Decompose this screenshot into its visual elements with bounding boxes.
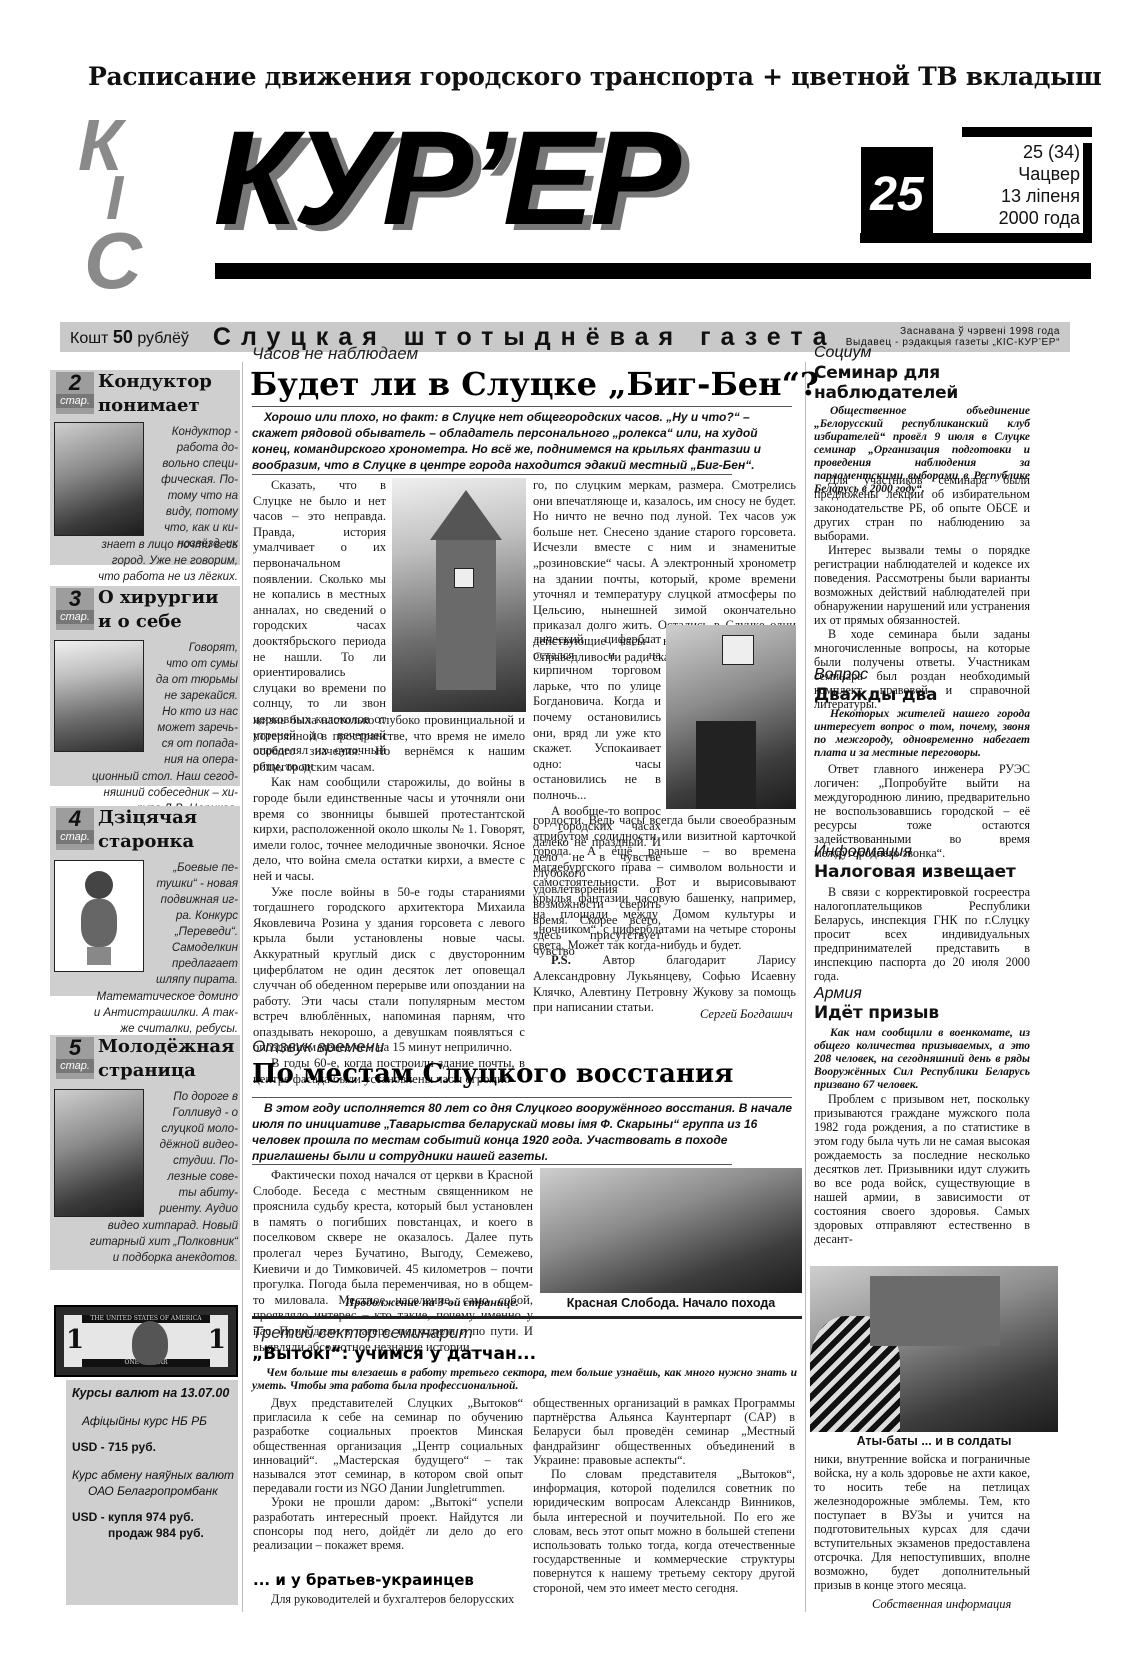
telegraph-clock-photo <box>666 625 796 809</box>
lead-article-rubric: Часов не наблюдаем <box>252 344 418 364</box>
page-badge: 5стар. <box>56 1037 94 1079</box>
briefs-body: Проблем с призывом нет, поскольку призыв… <box>814 1092 1030 1246</box>
promo-text: Кондуктор -работа до-вольно специ-фическ… <box>146 424 238 552</box>
uprising-article-headline: По местам Слуцкого восстания <box>252 1057 733 1091</box>
briefs-rubric-question: Вопрос <box>814 666 868 684</box>
founded-note: Заснавана ў чэрвені 1998 года Выдавец - … <box>846 326 1060 348</box>
dollar-bill-image: THE UNITED STATES OF AMERICA ONE DOLLAR … <box>54 1305 238 1377</box>
uprising-article-rubric: Отзвук времени <box>252 1037 384 1057</box>
founded-line: Заснавана ў чэрвені 1998 года <box>846 326 1060 337</box>
kis-logo: К І С <box>78 105 148 305</box>
bill-denomination: 1 <box>208 1325 226 1355</box>
issue-number-box: 25 <box>861 147 933 242</box>
rule <box>252 406 792 407</box>
vytoki-article-intro: Чем больше ты влезаешь в работу третьего… <box>252 1367 797 1393</box>
promo-text: По дороге вГолливуд - ослуцкой моло-дёжн… <box>146 1089 238 1217</box>
lead-article-headline: Будет ли в Слуцке „Биг-Бен“? <box>250 364 819 404</box>
masthead-title: КУР’ЕР <box>213 112 677 246</box>
promo-text: Говорят,что от сумыда от тюрьмыне зарека… <box>146 640 238 768</box>
rates-official-usd: USD - 715 руб. <box>72 1440 156 1454</box>
promo-page-3[interactable]: 3стар. О хирургиии о себе Говорят,что от… <box>50 586 240 786</box>
hike-group-photo <box>540 1168 802 1293</box>
lead-article-author: Сергей Богдашич <box>700 1007 793 1022</box>
exchange-rates-box: Курсы валют на 13.07.00 Афіцыйны курс НБ… <box>66 1380 238 1605</box>
briefs-body-continued: ники, внутренние войска и пограничные во… <box>814 1452 1030 1592</box>
briefs-lead: Некоторых жителей нашего города интересу… <box>814 708 1030 760</box>
cartoon-woodpecker-image <box>54 860 144 972</box>
briefs-rubric-society: Социум <box>814 344 871 362</box>
bus-passengers-photo <box>54 422 144 536</box>
issue-frame-top <box>962 127 1092 137</box>
bill-denomination: 1 <box>66 1325 84 1355</box>
ps-text: Автор благодарит Ларису Александровну Лу… <box>533 953 796 1014</box>
briefs-lead: Как нам сообщили в военкомате, из общего… <box>814 1027 1030 1092</box>
publisher-line: Выдавец - рэдакцыя газеты „КІС-КУР’ЕР“ <box>846 337 1060 348</box>
issue-frame-right <box>1083 143 1092 243</box>
vytoki-article-headline: „Вытокі“: учимся у датчан... <box>252 1343 536 1365</box>
briefs-headline-observers-seminar: Семинар длянаблюдателей <box>814 363 958 403</box>
sidebar-promos: 2стар. Кондукторпонимает Кондуктор -рабо… <box>50 370 240 1620</box>
issue-weekday: Чацвер <box>960 163 1080 185</box>
surgeon-portrait <box>54 640 144 752</box>
rates-usd-buy: USD - купля 974 руб. <box>72 1510 194 1524</box>
promo-title: Молодёжнаястраница <box>98 1035 234 1083</box>
page-badge: 2стар. <box>56 372 94 414</box>
briefs-body: В связи с корректировкой госреестра нало… <box>814 885 1030 983</box>
continued-note: Продолжение на 3-ой странице. <box>345 1295 519 1310</box>
promo-text-tail: знает в лицо почти весьгород. Уже не гов… <box>80 537 238 585</box>
logo-letter-s: С <box>84 215 142 307</box>
rule <box>252 1097 792 1098</box>
briefs-rubric-information: Информация <box>814 843 912 861</box>
promo-text-tail: Математическое доминои Антистрашилки. А … <box>70 989 238 1037</box>
issue-day-month: 13 ліпеня <box>960 185 1080 207</box>
promo-text: „Боевые пе-тушки“ - новаяподвижная иг-ра… <box>146 860 238 988</box>
price-label: Кошт <box>70 330 108 347</box>
vytoki-subheadline: ... и у братьев-украинцев <box>253 1571 474 1589</box>
conscripts-photo-caption: Аты-баты ... и в солдаты <box>810 1434 1058 1448</box>
promo-page-4[interactable]: 4стар. Дзіцячаястаронка „Боевые пе-тушки… <box>50 806 240 996</box>
briefs-headline-conscription: Идёт призыв <box>814 1003 939 1023</box>
vytoki-article-col1-tail: Для руководителей и бухгалтеров белорусс… <box>253 1592 523 1606</box>
promo-title: О хирургиии о себе <box>98 586 218 634</box>
hike-photo-caption: Красная Слобода. Начало похода <box>540 1296 802 1310</box>
issue-year: 2000 года <box>960 207 1080 229</box>
vytoki-article-rubric: Третий сектор семинарит <box>252 1323 473 1343</box>
vytoki-article-col1: Двух представителей Слуцких „Вытоков“ пр… <box>253 1396 523 1552</box>
rates-usd-sell: продаж 984 руб. <box>108 1526 204 1540</box>
supplement-banner: Расписание движения городского транспорт… <box>88 62 1068 91</box>
promo-page-2[interactable]: 2стар. Кондукторпонимает Кондуктор -рабо… <box>50 370 240 565</box>
promo-page-5[interactable]: 5стар. Молодёжнаястраница По дороге вГол… <box>50 1035 240 1270</box>
issue-number: 25 (34) <box>960 141 1080 163</box>
column-divider <box>805 362 806 1612</box>
ps-label: P.S. <box>551 953 571 967</box>
promo-text-tail: видео хитпарад. Новыйгитарный хит „Полко… <box>70 1218 238 1266</box>
lead-article-intro: Хорошо или плохо, но факт: в Слуцке нет … <box>252 409 792 473</box>
conscripts-photo <box>810 1266 1058 1432</box>
briefs-rubric-army: Армия <box>814 985 862 1003</box>
price-unit: рублёў <box>137 330 189 347</box>
vytoki-article-col2: общественных организаций в рамках Програ… <box>533 1396 795 1595</box>
rates-official-label: Афіцыйны курс НБ РБ <box>82 1414 207 1428</box>
rates-exchange-label: Курс абмену наяўных валют <box>72 1468 234 1482</box>
rule <box>252 1164 732 1165</box>
section-rule <box>252 1316 802 1319</box>
lead-article-body-col2-bottom: гордости. Ведь часы всегда были своеобра… <box>533 813 796 1016</box>
price-value: 50 <box>113 327 133 347</box>
uprising-article-intro: В этом году исполняется 80 лет со дня Сл… <box>252 1100 792 1164</box>
clock-tower-photo <box>392 478 526 712</box>
info-strip: Кошт 50 рублёў Слуцкая штотыднёвая газет… <box>60 322 1070 352</box>
price: Кошт 50 рублёў <box>70 327 189 348</box>
masthead-rule <box>215 263 1091 279</box>
page-badge: 3стар. <box>56 588 94 630</box>
promo-title: Дзіцячаястаронка <box>98 806 197 854</box>
briefs-headline-twice-two: Дважды два <box>814 685 937 705</box>
column-divider <box>242 362 243 1612</box>
lead-article-body-col1: жизнь была настолько глубоко провинциаль… <box>253 713 525 1087</box>
rule <box>252 474 732 475</box>
issue-info: 25 (34) Чацвер 13 ліпеня 2000 года <box>960 141 1080 229</box>
promo-title: Кондукторпонимает <box>98 370 212 418</box>
rates-bank-name: ОАО Белагропромбанк <box>88 1484 218 1498</box>
bill-portrait <box>132 1321 168 1365</box>
video-studio-collage <box>54 1089 144 1217</box>
page-badge: 4стар. <box>56 808 94 850</box>
briefs-author: Собственная информация <box>872 1597 1011 1612</box>
rates-title: Курсы валют на 13.07.00 <box>72 1386 229 1400</box>
briefs-headline-tax-notice: Налоговая извещает <box>814 862 1016 882</box>
